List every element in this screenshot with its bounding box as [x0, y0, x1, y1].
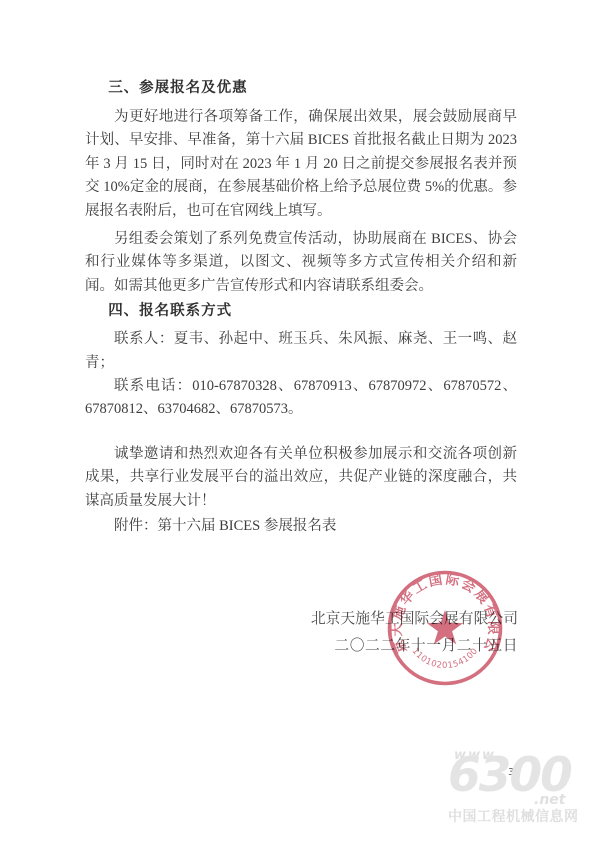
seal-registration-number: 1101020154100: [410, 646, 481, 671]
svg-text:1101020154100: 1101020154100: [410, 646, 481, 671]
contact-persons-line: 联系人：夏韦、孙起中、班玉兵、朱风振、麻尧、王一鸣、赵青；: [85, 328, 517, 375]
document-body: 三、参展报名及优惠 为更好地进行各项筹备工作，确保展出效果，展会鼓励展商早计划、…: [85, 76, 517, 539]
section-3-paragraph-1: 为更好地进行各项筹备工作，确保展出效果，展会鼓励展商早计划、早安排、早准备，第十…: [85, 106, 517, 223]
closing-paragraph: 诚挚邀请和热烈欢迎各有关单位积极参加展示和交流各项创新成果，共享行业发展平台的溢…: [85, 443, 517, 513]
attachment-line: 附件：第十六届 BICES 参展报名表: [85, 515, 517, 538]
company-seal-stamp: 北京天施华工国际会展有限公司 1101020154100: [375, 558, 515, 698]
site-watermark: www. 6300 .net 中国工程机械信息网: [438, 748, 588, 838]
section-3-paragraph-2: 另组委会策划了系列免费宣传活动，协助展商在 BICES、协会和行业媒体等多渠道，…: [85, 228, 517, 298]
document-page: 三、参展报名及优惠 为更好地进行各项筹备工作，确保展出效果，展会鼓励展商早计划、…: [0, 0, 600, 848]
section-4-heading: 四、报名联系方式: [85, 299, 517, 323]
contact-phones-line: 联系电话：010-67870328、67870913、67870972、6787…: [85, 375, 517, 422]
section-3-heading: 三、参展报名及优惠: [85, 76, 517, 100]
seal-star-icon: [427, 610, 463, 644]
watermark-site-name: 中国工程机械信息网: [448, 806, 579, 826]
